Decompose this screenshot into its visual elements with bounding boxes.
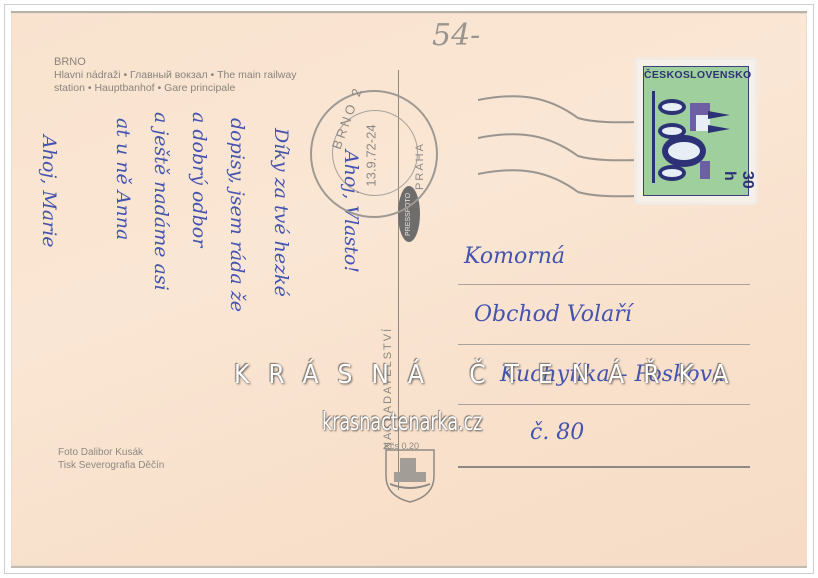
caption-line-2: station • Hauptbanhof • Gare principale (54, 82, 296, 95)
caption-city: BRNO (54, 56, 296, 69)
stamp-face: ČESKOSLOVENSKO 30 h (643, 66, 749, 196)
message-line: dopisy, jsem ráda že (226, 118, 248, 312)
message-line: a dobrý odbor (188, 112, 210, 247)
address-rule (458, 344, 750, 345)
address-line: Komorná (464, 244, 565, 269)
cancellation-wave-icon (478, 92, 646, 132)
caption-line-1: Hlavni nádraži • Главный вокзал • The ma… (54, 69, 296, 82)
printer-credit: Tisk Severografia Děčín (58, 459, 164, 472)
address-line: Obchod Volaří (474, 302, 632, 327)
postmark-city-right: PRAHA (414, 142, 426, 190)
cancellation-wave-icon (478, 166, 646, 206)
castle-illustration-icon (650, 85, 730, 185)
postmark-date: 13.9.72-24 (364, 124, 379, 186)
stamp-value: 30 h (720, 171, 756, 191)
photo-credit: Foto Dalibor Kusák (58, 446, 164, 459)
message-line: Ahoj, Marie (38, 135, 60, 248)
charity-seal-price: Kčs 0,20 (384, 441, 419, 451)
address-rule (458, 466, 750, 468)
message-line: Díky za tvé hezké (270, 128, 292, 297)
handwritten-number: 54- (432, 18, 480, 53)
watermark-url: krasnactenarka.cz (322, 407, 483, 436)
stamp-country: ČESKOSLOVENSKO (644, 69, 748, 81)
cancellation-wave-icon (478, 130, 646, 170)
address-rule (458, 284, 750, 285)
watermark-title: KRÁSNÁ ČTENÁŘKA (234, 360, 747, 390)
postage-stamp: ČESKOSLOVENSKO 30 h (637, 60, 755, 202)
address-line: č. 80 (530, 420, 584, 445)
postcard-caption: BRNO Hlavni nádraži • Главный вокзал • T… (54, 56, 296, 95)
address-rule (458, 404, 750, 405)
message-line: a ještě nadáme asi (150, 112, 172, 291)
print-credits: Foto Dalibor Kusák Tisk Severografia Děč… (58, 446, 164, 472)
message-line: at u ně Anna (112, 118, 134, 240)
